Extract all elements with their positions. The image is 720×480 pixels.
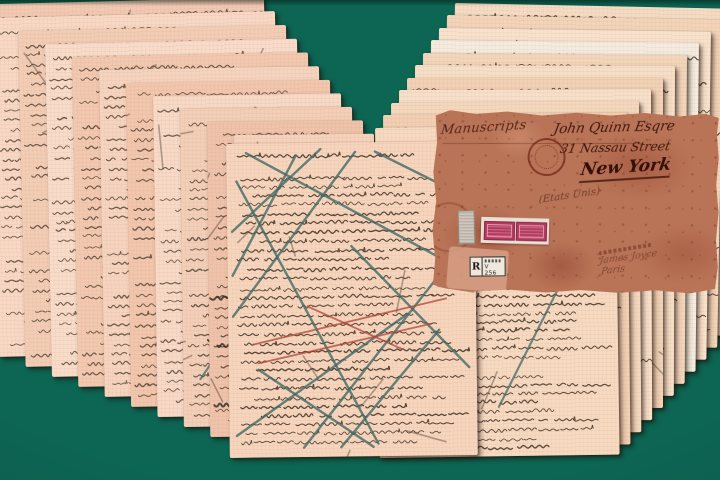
mailing-envelope: Manuscripts John Quinn Esqre 31 Nassau S… (431, 110, 720, 294)
postage-stamp-magenta (484, 221, 515, 241)
registration-label: R V 256 (470, 256, 506, 276)
postage-stamp-magenta (516, 222, 547, 242)
registration-office-scribble (485, 259, 501, 262)
postage-stamp-gray (458, 210, 476, 244)
photograph-manuscript-fan: Manuscripts John Quinn Esqre 31 Nassau S… (0, 0, 720, 480)
address-block: John Quinn Esqre 31 Nassau Street New Yo… (554, 118, 677, 197)
address-street: 31 Nassau Street (559, 138, 677, 156)
envelope-manuscripts-script: Manuscripts (440, 118, 527, 138)
registration-number: V 256 (485, 263, 500, 276)
sender-script-block: James Joyce Paris (598, 242, 659, 277)
postage-stamp-strip (481, 217, 550, 245)
address-recipient: John Quinn Esqre (552, 118, 676, 137)
registration-r: R (471, 258, 483, 276)
